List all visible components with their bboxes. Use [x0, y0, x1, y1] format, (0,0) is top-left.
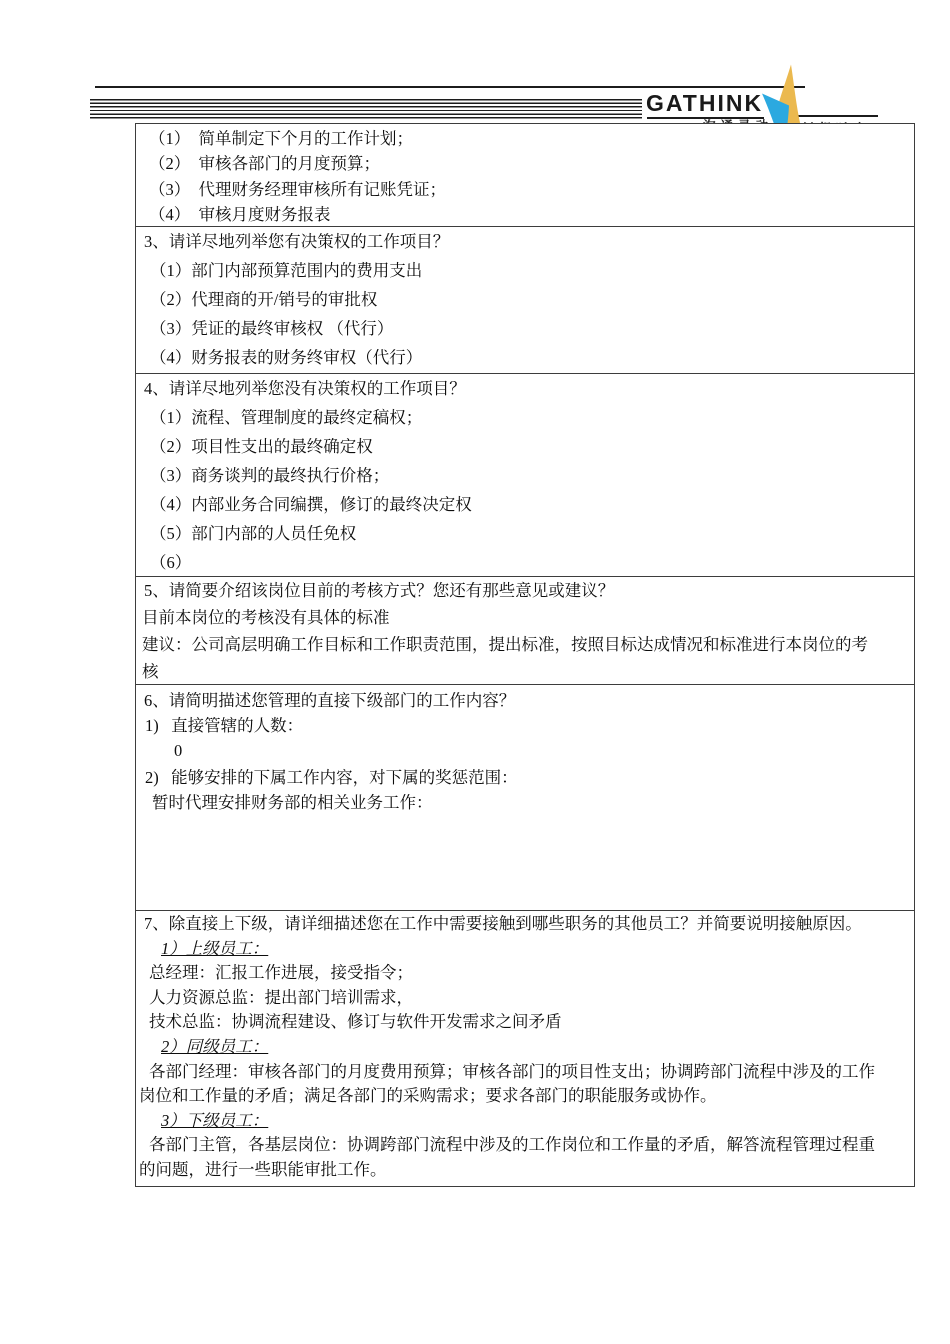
table-text-line: （2）项目性支出的最终确定权 [136, 432, 914, 461]
table-text-line: （4）内部业务合同编撰，修订的最终决定权 [136, 490, 914, 519]
table-text-line: （4） 审核月度财务报表 [136, 202, 914, 227]
table-row-q7: 7、除直接上下级，请详细描述您在工作中需要接触到哪些职务的其他员工？并简要说明接… [136, 911, 914, 1185]
questionnaire-table: （1） 简单制定下个月的工作计划；（2） 审核各部门的月度预算；（3） 代理财务… [135, 123, 915, 1187]
table-text-line: 技术总监：协调流程建设、修订与软件开发需求之间矛盾 [136, 1010, 914, 1035]
table-text-line: 总经理：汇报工作进展，接受指令； [136, 961, 914, 986]
table-text-line: 2）同级员工： [136, 1035, 914, 1060]
table-text-line: （5）部门内部的人员任免权 [136, 519, 914, 548]
table-row-q4: 4、请详尽地列举您没有决策权的工作项目？（1）流程、管理制度的最终定稿权；（2）… [136, 374, 914, 577]
table-text-line: （1）流程、管理制度的最终定稿权； [136, 403, 914, 432]
header-rule-top [95, 86, 805, 88]
table-text-line: （3） 代理财务经理审核所有记账凭证； [136, 177, 914, 202]
brand-wordmark: GATHINK [646, 92, 763, 115]
table-text-line: 2) 能够安排的下属工作内容，对下属的奖惩范围： [136, 765, 914, 790]
table-text-line: （1） 简单制定下个月的工作计划； [136, 126, 914, 151]
table-text-line: （3）商务谈判的最终执行价格； [136, 461, 914, 490]
table-row-q2-items: （1） 简单制定下个月的工作计划；（2） 审核各部门的月度预算；（3） 代理财务… [136, 124, 914, 227]
table-text-line: 6、请简明描述您管理的直接下级部门的工作内容？ [136, 688, 914, 713]
table-text-line: 各部门主管，各基层岗位：协调跨部门流程中涉及的工作岗位和工作量的矛盾，解答流程管… [136, 1133, 914, 1158]
table-text-line: 4、请详尽地列举您没有决策权的工作项目？ [136, 374, 914, 403]
table-text-line: 的问题，进行一些职能审批工作。 [136, 1158, 914, 1183]
table-text-line: （2）代理商的开/销号的审批权 [136, 285, 914, 314]
table-row-q5: 5、请简要介绍该岗位目前的考核方式？您还有那些意见或建议？目前本岗位的考核没有具… [136, 577, 914, 685]
table-text-line: （2） 审核各部门的月度预算； [136, 151, 914, 176]
table-text-line: 建议：公司高层明确工作目标和工作职责范围，提出标准，按照目标达成情况和标准进行本… [136, 631, 914, 658]
table-text-line: 人力资源总监：提出部门培训需求， [136, 986, 914, 1011]
table-text-line: 3）下级员工： [136, 1109, 914, 1134]
table-row-q6: 6、请简明描述您管理的直接下级部门的工作内容？1) 直接管辖的人数：02) 能够… [136, 685, 914, 911]
table-text-line: （1）部门内部预算范围内的费用支出 [136, 256, 914, 285]
table-text-line: 岗位和工作量的矛盾；满足各部门的采购需求；要求各部门的职能服务或协作。 [136, 1084, 914, 1109]
table-text-line: 1）上级员工： [136, 937, 914, 962]
table-text-line: （4）财务报表的财务终审权（代行） [136, 343, 914, 372]
table-text-line: 3、请详尽地列举您有决策权的工作项目？ [136, 227, 914, 256]
table-text-line: 目前本岗位的考核没有具体的标准 [136, 604, 914, 631]
table-text-line: 5、请简要介绍该岗位目前的考核方式？您还有那些意见或建议？ [136, 577, 914, 604]
table-text-line: 1) 直接管辖的人数： [136, 713, 914, 738]
table-row-q3: 3、请详尽地列举您有决策权的工作项目？（1）部门内部预算范围内的费用支出（2）代… [136, 227, 914, 374]
table-text-line: 各部门经理：审核各部门的月度费用预算；审核各部门的项目性支出；协调跨部门流程中涉… [136, 1060, 914, 1085]
table-text-line: （3）凭证的最终审核权 （代行） [136, 314, 914, 343]
table-text-line: 7、除直接上下级，请详细描述您在工作中需要接触到哪些职务的其他员工？并简要说明接… [136, 912, 914, 937]
header-rule-right [798, 115, 878, 117]
document-page: GATHINK 沟通灵动 创想时空 （1） 简单制定下个月的工作计划；（2） 审… [0, 0, 950, 1344]
table-text-line: （6） [136, 548, 914, 577]
table-text-line: 0 [136, 738, 914, 763]
table-text-line: 核 [136, 658, 914, 685]
table-text-line: 暂时代理安排财务部的相关业务工作： [136, 790, 914, 815]
header-decorative-lines [90, 99, 642, 119]
